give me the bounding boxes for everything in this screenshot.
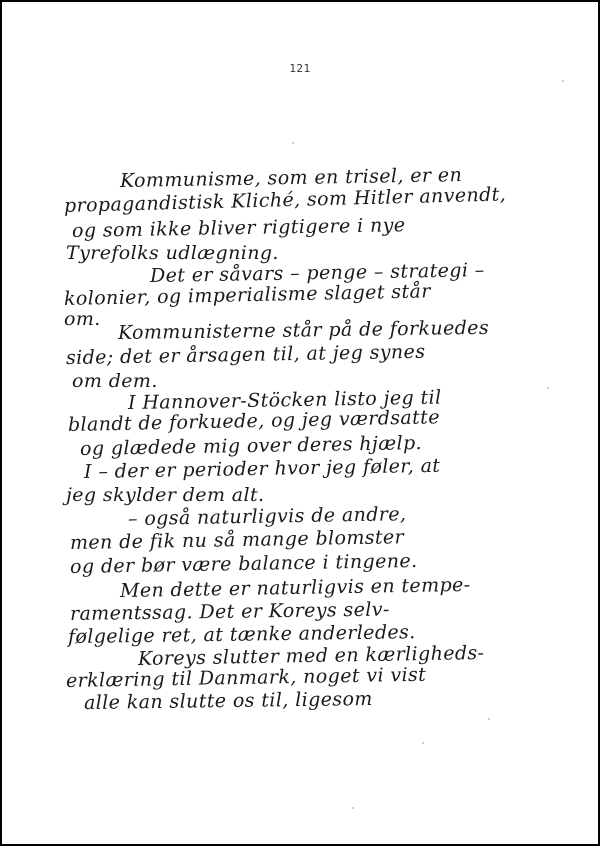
handwritten-line: om dem.	[72, 370, 158, 392]
handwritten-text-block: Kommunisme, som en trisel, er en propaga…	[2, 2, 598, 844]
handwritten-line: blandt de forkuede, og jeg værdsatte	[68, 406, 440, 436]
handwritten-line: Men dette er naturligvis en tempe-	[120, 574, 471, 602]
handwritten-line: om.	[64, 308, 101, 330]
scan-speck	[422, 742, 424, 744]
scan-speck	[562, 80, 564, 82]
handwritten-line: ramentssag. Det er Koreys selv-	[70, 599, 390, 625]
scan-speck	[547, 387, 549, 389]
handwritten-line: alle kan slutte os til, ligesom	[84, 688, 373, 714]
handwritten-line: jeg skylder dem alt.	[66, 484, 264, 506]
handwritten-line: og der bør være balance i tingene.	[70, 550, 418, 578]
scan-speck	[352, 807, 354, 809]
document-page: 121 Kommunisme, som en trisel, er en pro…	[2, 2, 598, 844]
handwritten-line: og som ikke bliver rigtigere i nye	[72, 214, 406, 242]
handwritten-line: men de fik nu så mange blomster	[70, 526, 404, 554]
handwritten-line: Tyrefolks udlægning.	[66, 242, 279, 264]
scan-speck	[292, 142, 294, 144]
handwritten-line: Kommunisterne står på de forkuedes	[118, 317, 489, 344]
handwritten-line: side; det er årsagen til, at jeg synes	[66, 341, 426, 369]
scan-speck	[488, 718, 490, 720]
handwritten-line: kolonier, og imperialisme slaget står	[64, 280, 431, 310]
